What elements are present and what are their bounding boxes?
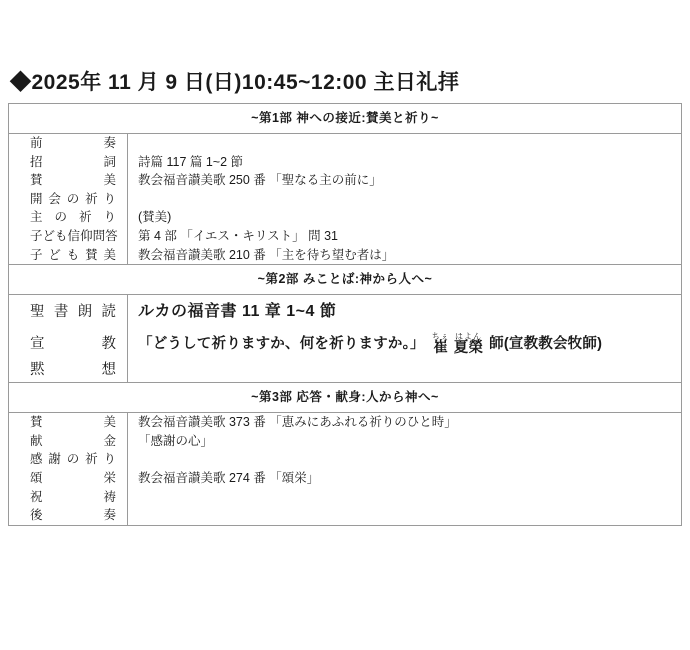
program-row-scripture-reading: 聖書朗読 ルカの福音書 11 章 1~4 節 (9, 295, 681, 330)
speaker-surname-furigana: ちぇ (432, 332, 450, 341)
program-item-label: 子ども賛美 (30, 246, 116, 265)
program-item-label-cell: 主の祈り (9, 208, 128, 227)
program-item-label-cell: 頌栄 (9, 469, 128, 488)
program-item-label-cell: 黙想 (9, 359, 128, 382)
program-item-label-cell: 祝祷 (9, 488, 128, 507)
program-item-label: 主の祈り (30, 208, 116, 227)
sermon-line: 「どうして祈りますか、何を祈りますか。」 崔ちぇ 夏榮はよん 師(宣教教会牧師) (128, 330, 681, 359)
program-row-children-praise: 子ども賛美 教会福音讃美歌 210 番 「主を待ち望む者は」 (9, 246, 681, 265)
speaker-givenname-furigana: はよん (454, 332, 483, 341)
speaker-surname-with-furigana: 崔ちぇ (432, 332, 450, 358)
program-item-content (128, 506, 681, 525)
program-item-label: 招詞 (30, 153, 116, 172)
program-item-content: 詩篇 117 篇 1~2 節 (128, 153, 681, 172)
program-item-content: 教会福音讃美歌 250 番 「聖なる主の前に」 (128, 171, 681, 190)
program-item-label: 賛美 (30, 413, 116, 432)
program-item-label: 感謝の祈り (30, 450, 116, 469)
program-row-children-catechism: 子ども信仰問答 第 4 部 「イエス・キリスト」 問 31 (9, 227, 681, 246)
program-row-lords-prayer: 主の祈り (賛美) (9, 208, 681, 227)
program-item-label-cell: 賛美 (9, 171, 128, 190)
program-row-doxology: 頌栄 教会福音讃美歌 274 番 「頌栄」 (9, 469, 681, 488)
program-item-label: 聖書朗読 (30, 303, 116, 322)
program-item-label-cell: 賛美 (9, 413, 128, 432)
program-item-content: 「感謝の心」 (128, 432, 681, 451)
program-item-content (128, 190, 681, 209)
speaker-surname: 崔 (432, 340, 450, 356)
program-row-praise: 賛美 教会福音讃美歌 250 番 「聖なる主の前に」 (9, 171, 681, 190)
section-body-part1: 前奏 招詞 詩篇 117 篇 1~2 節 賛美 教会福音讃美歌 250 番 「聖… (9, 133, 681, 264)
program-item-content (128, 359, 681, 382)
scripture-reference: ルカの福音書 11 章 1~4 節 (128, 295, 681, 330)
program-item-label-cell: 宣教 (9, 330, 128, 359)
program-item-label: 開会の祈り (30, 190, 116, 209)
program-item-label: 頌栄 (30, 469, 116, 488)
program-row-benediction: 祝祷 (9, 488, 681, 507)
program-item-label-cell: 前奏 (9, 134, 128, 153)
program-item-label: 前奏 (30, 134, 116, 153)
program-item-content (128, 488, 681, 507)
section-body-part3: 賛美 教会福音讃美歌 373 番 「恵みにあふれる祈りのひと時」 献金 「感謝の… (9, 412, 681, 525)
program-row-thanksgiving-prayer: 感謝の祈り (9, 450, 681, 469)
program-item-label-cell: 後奏 (9, 506, 128, 525)
program-row-sermon: 宣教 「どうして祈りますか、何を祈りますか。」 崔ちぇ 夏榮はよん 師(宣教教会… (9, 330, 681, 359)
speaker-givenname: 夏榮 (454, 340, 483, 356)
program-item-content: 教会福音讃美歌 274 番 「頌栄」 (128, 469, 681, 488)
program-row-praise-response: 賛美 教会福音讃美歌 373 番 「恵みにあふれる祈りのひと時」 (9, 413, 681, 432)
program-item-label-cell: 聖書朗読 (9, 295, 128, 330)
program-item-label: 賛美 (30, 171, 116, 190)
program-item-content: 第 4 部 「イエス・キリスト」 問 31 (128, 227, 681, 246)
speaker-title: 師(宣教教会牧師) (489, 335, 602, 354)
program-item-label: 祝祷 (30, 488, 116, 507)
program-item-label: 子ども信仰問答 (30, 227, 118, 246)
section-header-part2: ~第2部 みことば:神から人へ~ (9, 264, 681, 294)
program-item-label: 献金 (30, 432, 116, 451)
program-item-label: 黙想 (30, 361, 116, 380)
program-item-content: 教会福音讃美歌 210 番 「主を待ち望む者は」 (128, 246, 681, 265)
program-item-label: 後奏 (30, 506, 116, 525)
program-item-label-cell: 開会の祈り (9, 190, 128, 209)
page-title: ◆2025年 11 月 9 日(日)10:45~12:00 主日礼拝 (10, 70, 690, 96)
worship-program-table: ~第1部 神への接近:賛美と祈り~ 前奏 招詞 詩篇 117 篇 1~2 節 賛… (8, 103, 682, 526)
program-row-call-to-worship: 招詞 詩篇 117 篇 1~2 節 (9, 153, 681, 172)
speaker-givenname-with-furigana: 夏榮はよん (454, 332, 483, 358)
program-item-content: (賛美) (128, 208, 681, 227)
program-row-opening-prayer: 開会の祈り (9, 190, 681, 209)
program-item-label: 宣教 (30, 335, 116, 354)
program-item-content: 教会福音讃美歌 373 番 「恵みにあふれる祈りのひと時」 (128, 413, 681, 432)
program-item-content (128, 134, 681, 153)
program-row-offering: 献金 「感謝の心」 (9, 432, 681, 451)
program-item-label-cell: 子ども信仰問答 (9, 227, 128, 246)
section-header-part3: ~第3部 応答・献身:人から神へ~ (9, 382, 681, 412)
program-item-label-cell: 感謝の祈り (9, 450, 128, 469)
program-item-label-cell: 招詞 (9, 153, 128, 172)
sermon-title-quote: 「どうして祈りますか、何を祈りますか。」 (138, 335, 425, 354)
section-body-part2: 聖書朗読 ルカの福音書 11 章 1~4 節 宣教 「どうして祈りますか、何を祈… (9, 294, 681, 382)
program-row-postlude: 後奏 (9, 506, 681, 525)
program-row-prelude: 前奏 (9, 134, 681, 153)
program-item-content (128, 450, 681, 469)
program-item-label-cell: 献金 (9, 432, 128, 451)
program-row-meditation: 黙想 (9, 359, 681, 382)
program-item-label-cell: 子ども賛美 (9, 246, 128, 265)
section-header-part1: ~第1部 神への接近:賛美と祈り~ (9, 104, 681, 133)
